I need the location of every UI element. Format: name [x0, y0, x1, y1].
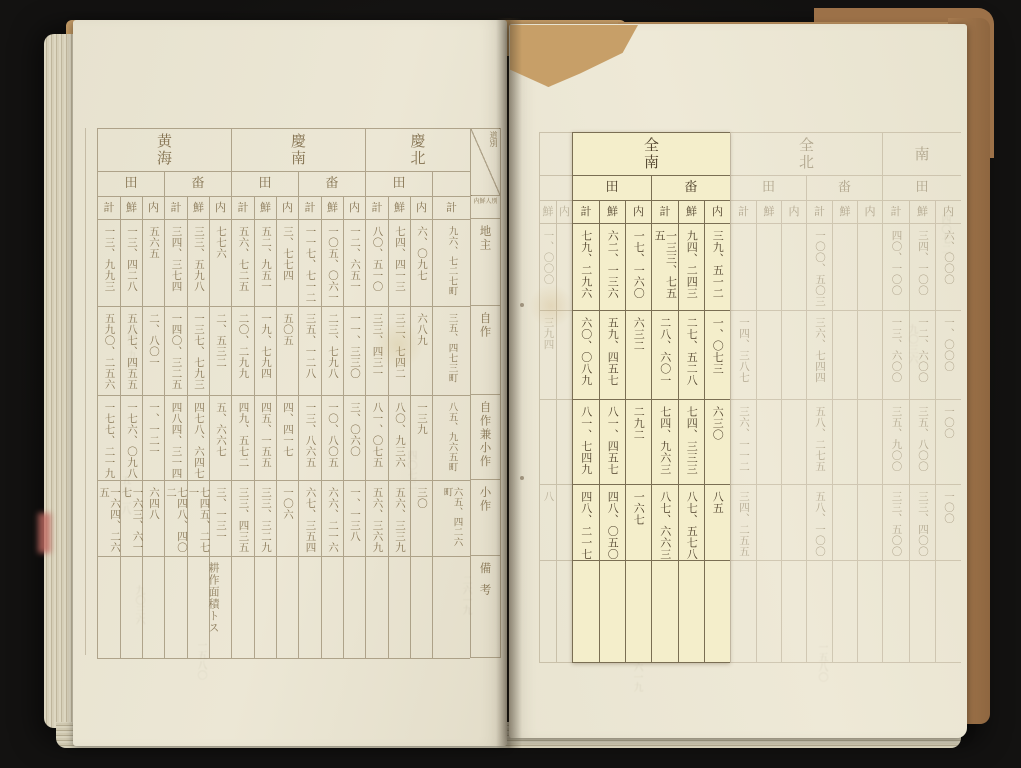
table-column: 計三四、三七四一四〇、三二五四八四、三一四七四八、四〇二	[165, 197, 187, 659]
cell-value: 六五、四二六町	[442, 487, 462, 556]
cell-value: 一六七	[633, 491, 645, 560]
land-label: 田	[366, 172, 432, 197]
cell-value: 六四八	[148, 487, 159, 556]
remark-cell	[757, 561, 781, 663]
cell-value: 二八、六〇一	[659, 317, 671, 399]
data-cell: 三九、五一二	[705, 224, 730, 311]
data-cell: 一三七、七九三	[188, 307, 209, 396]
data-cell: 八〇、五一〇	[366, 220, 388, 307]
data-cell: 一〇〇	[936, 400, 961, 485]
table-column: 内一二、六五一一一、三三〇三、〇六〇一、一三八	[343, 197, 365, 659]
cell-value: 三四、二五五	[738, 491, 749, 560]
bleed-through-text: 一五八〇	[193, 640, 208, 680]
province-name: 全南	[641, 137, 662, 171]
land-groups: 田計一四、三八七三六、一一二三四、二五五鮮内畓計一〇〇、五〇三三六、七四四五八、…	[731, 176, 882, 663]
data-cell: 一七七、二一九	[98, 396, 120, 481]
cell-value: 三、一三一	[215, 487, 226, 556]
cell-value: 八七、六六三	[659, 491, 671, 560]
left-page: 黄海田計一三、九九三五九〇、二五六一七七、二一九一六四、二六五鮮一三、四二八五八…	[73, 20, 507, 746]
cell-value: 七四、九六三	[659, 406, 671, 484]
cell-value: 一四、三八七	[738, 317, 749, 399]
subcol-header: 内	[858, 201, 882, 224]
cell-value: 一〇六	[282, 487, 293, 556]
remark-cell	[731, 561, 756, 663]
cell-value: 三三、五〇〇	[890, 491, 901, 560]
ledger-table-left: 黄海田計一三、九九三五九〇、二五六一七七、二一九一六四、二六五鮮一三、四二八五八…	[97, 128, 501, 659]
remark-cell	[232, 557, 254, 659]
data-cell: 三三、五九八	[188, 220, 209, 307]
cell-value: 三、〇六〇	[349, 402, 360, 480]
land-group: 畓計一〇〇、五〇三三六、七四四五八、二七五五八、一〇〇鮮内	[806, 176, 882, 663]
cell-value: 一、一三八	[349, 487, 360, 556]
cell-value: 一九、七九四	[260, 313, 271, 395]
data-cell: 三三、四〇〇	[910, 485, 935, 561]
data-cell	[540, 400, 556, 485]
data-cell: 三五、九〇〇	[883, 400, 909, 485]
data-cell: 一、〇〇〇	[540, 224, 556, 311]
cell-value: 一〇、八〇五	[327, 402, 338, 480]
data-cell: 一三、八六五	[299, 396, 321, 481]
subcol-header: 計	[883, 201, 909, 224]
table-column: 内一七、一六〇六三二二九二一六七	[625, 201, 651, 663]
data-cell	[858, 485, 882, 561]
data-cell: 五九〇、二五六	[98, 307, 120, 396]
data-cell: 七四、九六三	[652, 400, 678, 485]
remark-cell	[277, 557, 298, 659]
cell-value: 八一、〇七五	[371, 402, 382, 480]
data-cell: 三五、一二八	[299, 307, 321, 396]
subcol-header: 鮮	[757, 201, 781, 224]
remark-cell	[557, 561, 572, 663]
data-cell	[731, 224, 756, 311]
data-cell: 五八、二七五	[807, 400, 832, 485]
data-cell: 三四、二五五	[731, 485, 756, 561]
data-cell: 二七、五二八	[679, 311, 704, 400]
cell-value: 四八四、三一四	[170, 402, 181, 480]
remark-cell	[573, 561, 599, 663]
data-cell: 一、一二一	[143, 396, 164, 481]
remark-cell	[411, 557, 432, 659]
table-column: 計一四、三八七三六、一一二三四、二五五	[731, 201, 756, 663]
data-cell: 三三、三二九	[255, 481, 276, 557]
data-cell: 二〇、二九九	[232, 307, 254, 396]
data-cell: 三六、一一二	[731, 400, 756, 485]
data-cell: 一一、三三〇	[344, 307, 365, 396]
table-column: 計四〇、一〇〇一三、六〇〇三五、九〇〇三三、五〇〇	[883, 201, 909, 663]
cell-value: 二〇、二九九	[237, 313, 248, 395]
land-label: 田	[573, 176, 651, 201]
data-cell: 一一七、七一二	[299, 220, 321, 307]
data-cell: 六〇、〇八九	[573, 311, 599, 400]
data-cell: 一、〇〇〇	[936, 311, 961, 400]
province-label: 南	[883, 132, 961, 176]
land-columns: 計四〇、一〇〇一三、六〇〇三五、九〇〇三三、五〇〇鮮三四、一〇〇一二、六〇〇三五…	[883, 201, 961, 663]
subcol-header: 計	[573, 201, 599, 224]
table-column: 計一一七、七一二三五、一二八一三、八六五六七、三五四	[299, 197, 321, 659]
cell-value: 三三、三二九	[260, 487, 271, 556]
table-column: 内	[781, 201, 806, 663]
province-label: 慶北	[366, 128, 470, 172]
land-label: 田	[883, 176, 961, 201]
data-cell: 六、〇九七	[411, 220, 432, 307]
cell-value: 五八、二七五	[814, 406, 825, 484]
data-cell: 八五、九六五町	[433, 396, 470, 481]
faint-province-group: 全北田計一四、三八七三六、一一二三四、二五五鮮内畓計一〇〇、五〇三三六、七四四五…	[730, 132, 882, 663]
data-cell: 一七六、〇九八	[121, 396, 142, 481]
data-cell: 六八九	[411, 307, 432, 396]
remark-cell	[98, 557, 120, 659]
remark-cell	[255, 557, 276, 659]
data-cell: 六三二	[626, 311, 651, 400]
cell-value: 五二、九五一	[260, 226, 271, 306]
data-cell: 二三、七九八	[322, 307, 343, 396]
data-cell: 七四八、四〇二	[165, 481, 187, 557]
cell-value: 七四八、四〇二	[165, 487, 187, 556]
data-cell: 四五、一五五	[255, 396, 276, 481]
data-cell: 三六、七四四	[807, 311, 832, 400]
margin-rule-left	[85, 128, 86, 655]
cell-value: 三二、七四二	[394, 313, 405, 395]
table-column: 内三九、五一二一、〇七三六三〇八五	[704, 201, 730, 663]
cell-value: 一、〇〇〇	[943, 317, 954, 399]
cell-value: 八〇、五一〇	[371, 226, 382, 306]
subcol-header: 内	[782, 201, 806, 224]
subcol-header: 計	[232, 197, 254, 220]
subcol-header: 計	[299, 197, 321, 220]
remark-cell	[389, 557, 410, 659]
cell-value: 二、八〇一	[148, 313, 159, 395]
data-cell: 二九二	[626, 400, 651, 485]
cell-value: 四八、二一七	[580, 491, 592, 560]
data-cell: 七四、三三三	[679, 400, 704, 485]
bleed-through-text: 四〇七二	[403, 450, 418, 490]
cell-value: 三五、一二八	[304, 313, 315, 395]
table-column: 内六、〇〇〇一、〇〇〇一〇〇一〇〇	[935, 201, 961, 663]
cell-value: 一〇五、〇六一	[327, 226, 338, 306]
remark-cell	[600, 561, 625, 663]
land-label: 畓	[652, 176, 730, 201]
table-column: 計一三三、七五五二八、六〇一七四、九六三八七、六六三	[652, 201, 678, 663]
remark-cell	[833, 561, 857, 663]
cell-value: 六〇、〇八九	[580, 317, 592, 399]
row-label-text: 自作兼小作	[479, 401, 491, 479]
remark-cell	[936, 561, 961, 663]
cell-value: 六三〇	[712, 406, 724, 484]
remark-cell	[322, 557, 343, 659]
bleed-through-text: 五七二八	[117, 475, 132, 515]
data-cell: 一〇〇、五〇三	[807, 224, 832, 311]
cell-value: 二、五三二	[215, 313, 226, 395]
cell-value: 七四五、二七一	[187, 487, 209, 556]
cell-value: 七九、二九六	[580, 230, 592, 310]
cell-value: 一七七、二一九	[103, 402, 114, 480]
data-cell: 八一、四五七	[600, 400, 625, 485]
data-cell: 五九、四五七	[600, 311, 625, 400]
cell-value: 九四、二四三	[686, 230, 698, 310]
data-cell: 八	[540, 485, 556, 561]
cell-value: 三九、五一二	[712, 230, 724, 310]
data-cell: 一、一三八	[344, 481, 365, 557]
cell-value: 三三、五九八	[193, 226, 204, 306]
subcol-header: 計	[98, 197, 120, 220]
cell-value: 三三、四三五	[237, 487, 248, 556]
table-column: 鮮	[832, 201, 857, 663]
data-cell: 八一、〇七五	[366, 396, 388, 481]
data-cell: 一三、四二八	[121, 220, 142, 307]
data-cell	[833, 485, 857, 561]
cell-value: 四〇、一〇〇	[890, 230, 901, 310]
pasted-slip-group: 全南田計七九、二九六六〇、〇八九八一、七四九四八、二一七鮮六二、一三六五九、四五…	[572, 132, 730, 663]
cell-value: 五〇五	[282, 313, 293, 395]
data-cell: 二八、六〇一	[652, 311, 678, 400]
row-label-text: 備考	[479, 562, 491, 657]
subcol-header: 計	[165, 197, 187, 220]
faint-province-group: 南田計四〇、一〇〇一三、六〇〇三五、九〇〇三三、五〇〇鮮三四、一〇〇一二、六〇〇…	[882, 132, 961, 663]
data-cell	[557, 311, 572, 400]
province-group: 慶北田計八〇、五一〇三三、四三一八一、〇七五五六、三六九鮮七四、四一三三二、七四…	[365, 128, 470, 659]
cell-value: 四、四一七	[282, 402, 293, 480]
remark-cell	[366, 557, 388, 659]
cell-value: 八七、五七八	[686, 491, 698, 560]
table-column: 鮮一、〇〇〇三九四八	[540, 201, 556, 663]
data-cell: 四九、五七二	[232, 396, 254, 481]
remark-cell	[705, 561, 730, 663]
data-cell: 五六五	[143, 220, 164, 307]
province-label: 全北	[731, 132, 882, 176]
cell-value: 五、六六七	[215, 402, 226, 480]
bleed-through-text: 九〇三六	[904, 324, 919, 364]
cell-value: 一、〇七三	[712, 317, 724, 399]
data-cell: 七四五、二七一	[188, 481, 209, 557]
cell-value: 五九〇、二五六	[103, 313, 114, 395]
data-cell: 一〇六	[277, 481, 298, 557]
book-gutter-shadow	[496, 18, 522, 748]
cell-value: 一三七、七九三	[193, 313, 204, 395]
data-cell	[757, 400, 781, 485]
subcol-header: 鮮	[188, 197, 209, 220]
land-label: 畓	[299, 172, 365, 197]
table-column: 鮮五二、九五一一九、七九四四五、一五五三三、三二九	[254, 197, 276, 659]
cell-value: 五六、三六九	[371, 487, 382, 556]
data-cell	[858, 400, 882, 485]
data-cell: 三四、一〇〇	[910, 224, 935, 311]
data-cell: 一九、七九四	[255, 307, 276, 396]
data-cell: 三九四	[540, 311, 556, 400]
land-group: 畓計一一七、七一二三五、一二八一三、八六五六七、三五四鮮一〇五、〇六一二三、七九…	[298, 172, 365, 659]
data-cell: 五六、三六九	[366, 481, 388, 557]
data-cell: 五、六六七	[210, 396, 231, 481]
cell-value: 一三、八六五	[304, 402, 315, 480]
data-cell: 六七、三五四	[299, 481, 321, 557]
gutter-partial-group: 鮮一、〇〇〇三九四八内	[539, 132, 572, 663]
table-column: 計五六、七二五二〇、二九九四九、五七二三三、四三五	[232, 197, 254, 659]
data-cell: 一三三、七五五	[652, 224, 678, 311]
cell-value: 二九二	[633, 406, 645, 484]
cell-value: 八一、四五七	[607, 406, 619, 484]
cell-value: 六八九	[416, 313, 427, 395]
province-name: 慶北	[408, 133, 429, 167]
data-cell: 九六、七二七町	[433, 220, 470, 307]
data-cell: 三三、五〇〇	[883, 485, 909, 561]
row-label-text: 地主	[479, 225, 491, 305]
cell-value: 三九四	[542, 317, 553, 399]
data-cell	[557, 400, 572, 485]
data-cell: 三、七七四	[277, 220, 298, 307]
land-group: 畓計一三三、七五五二八、六〇一七四、九六三八七、六六三鮮九四、二四三二七、五二八…	[651, 176, 730, 663]
remark-note: 耕作面積トス	[205, 562, 221, 634]
data-cell: 一四、三八七	[731, 311, 756, 400]
land-label-empty	[433, 172, 470, 197]
subcol-header: 内	[705, 201, 730, 224]
cell-value: 一〇〇、五〇三	[814, 230, 825, 310]
data-cell: 四八、二一七	[573, 485, 599, 561]
data-cell	[782, 485, 806, 561]
data-cell	[833, 311, 857, 400]
land-groups: 田計七九、二九六六〇、〇八九八一、七四九四八、二一七鮮六二、一三六五九、四五七八…	[573, 176, 730, 663]
cell-value: 一四〇、三二五	[170, 313, 181, 395]
cell-value: 一、〇〇〇	[542, 230, 553, 310]
land-label	[540, 176, 572, 201]
province-label: 慶南	[232, 128, 365, 172]
cell-value: 四七八、六四七	[193, 402, 204, 480]
data-cell: 四八四、三一四	[165, 396, 187, 481]
data-cell: 一、〇七三	[705, 311, 730, 400]
subcol-header: 鮮	[121, 197, 142, 220]
data-cell: 一七、一六〇	[626, 224, 651, 311]
data-cell: 七九、二九六	[573, 224, 599, 311]
subcol-header: 計	[652, 201, 678, 224]
cell-value: 四八、〇五〇	[607, 491, 619, 560]
cell-value: 九六、七二七町	[447, 226, 457, 306]
data-cell	[858, 224, 882, 311]
land-label: 畓	[165, 172, 231, 197]
cell-value: 六七、三五四	[304, 487, 315, 556]
land-columns: 計八〇、五一〇三三、四三一八一、〇七五五六、三六九鮮七四、四一三三二、七四二八〇…	[366, 197, 432, 659]
cell-value: 五六、七二五	[237, 226, 248, 306]
data-cell	[757, 311, 781, 400]
land-label: 畓	[807, 176, 882, 201]
cell-value: 三六、七四四	[814, 317, 825, 399]
land-columns: 計一四、三八七三六、一一二三四、二五五鮮内	[731, 201, 806, 663]
data-cell: 三〇	[411, 481, 432, 557]
remark-cell	[858, 561, 882, 663]
photo-background: 黄海田計一三、九九三五九〇、二五六一七七、二一九一六四、二六五鮮一三、四二八五八…	[0, 0, 1021, 768]
subcol-header: 計	[433, 197, 470, 220]
remark-cell	[626, 561, 651, 663]
province-name: 黄海	[154, 133, 175, 167]
data-cell: 八一、七四九	[573, 400, 599, 485]
binding-dot	[520, 476, 524, 480]
remark-cell	[299, 557, 321, 659]
cell-value: 一三、四二八	[126, 226, 137, 306]
data-cell: 一六七	[626, 485, 651, 561]
subcol-header: 内	[143, 197, 164, 220]
land-group: 田計七九、二九六六〇、〇八九八一、七四九四八、二一七鮮六二、一三六五九、四五七八…	[573, 176, 651, 663]
data-cell: 三、〇六〇	[344, 396, 365, 481]
data-cell	[858, 311, 882, 400]
table-column: 計八〇、五一〇三三、四三一八一、〇七五五六、三六九	[366, 197, 388, 659]
data-cell: 六二、一三六	[600, 224, 625, 311]
data-cell: 一〇、八〇五	[322, 396, 343, 481]
province-label: 黄海	[98, 128, 231, 172]
cell-value: 三三、四三一	[371, 313, 382, 395]
bleed-through-text: 一五八〇	[814, 642, 829, 682]
land-columns: 計一〇〇、五〇三三六、七四四五八、二七五五八、一〇〇鮮内	[807, 201, 882, 663]
subcol-header: 鮮	[389, 197, 410, 220]
land-label: 田	[232, 172, 298, 197]
data-cell	[557, 485, 572, 561]
data-cell: 七七六	[210, 220, 231, 307]
data-cell: 三四、三七四	[165, 220, 187, 307]
data-cell: 三五、八〇〇	[910, 400, 935, 485]
cell-value: 六二、一三六	[607, 230, 619, 310]
subcol-header: 鮮	[322, 197, 343, 220]
binding-dot	[520, 303, 524, 307]
land-columns: 計一三三、七五五二八、六〇一七四、九六三八七、六六三鮮九四、二四三二七、五二八七…	[652, 201, 730, 663]
land-label: 田	[731, 176, 806, 201]
cell-value: 六六、二一六	[327, 487, 338, 556]
data-cell	[782, 224, 806, 311]
data-cell: 三五、四七三町	[433, 307, 470, 396]
data-cell: 四、四一七	[277, 396, 298, 481]
cell-value: 一三、九九三	[103, 226, 114, 306]
cell-value: 八五、九六五町	[447, 402, 457, 480]
cell-value: 八一、七四九	[580, 406, 592, 484]
land-group: 鮮一、〇〇〇三九四八内	[540, 176, 572, 663]
subcol-header: 内	[344, 197, 365, 220]
data-cell: 八七、五七八	[679, 485, 704, 561]
data-cell	[833, 224, 857, 311]
land-label: 田	[98, 172, 164, 197]
land-columns: 計五六、七二五二〇、二九九四九、五七二三三、四三五鮮五二、九五一一九、七九四四五…	[232, 197, 298, 659]
remark-cell	[143, 557, 164, 659]
data-cell: 二、五三二	[210, 307, 231, 396]
remark-cell	[782, 561, 806, 663]
province-label: 全南	[573, 132, 730, 176]
cell-value: 一七、一六〇	[633, 230, 645, 310]
data-cell: 五六、七二五	[232, 220, 254, 307]
data-cell: 三二、七四二	[389, 307, 410, 396]
subcol-header: 計	[366, 197, 388, 220]
ledger-book: 黄海田計一三、九九三五九〇、二五六一七七、二一九一六四、二六五鮮一三、四二八五八…	[28, 8, 990, 760]
cell-value: 一一七、七一二	[304, 226, 315, 306]
table-column: 鮮	[756, 201, 781, 663]
data-cell: 四〇、一〇〇	[883, 224, 909, 311]
land-groups: 田計八〇、五一〇三三、四三一八一、〇七五五六、三六九鮮七四、四一三三二、七四二八…	[366, 172, 470, 659]
land-groups: 鮮一、〇〇〇三九四八内	[540, 176, 572, 663]
data-cell: 一〇五、〇六一	[322, 220, 343, 307]
land-group: 田計八〇、五一〇三三、四三一八一、〇七五五六、三六九鮮七四、四一三三二、七四二八…	[366, 172, 432, 659]
row-label-text: 小作	[479, 486, 491, 555]
cell-value: 六、〇九七	[416, 226, 427, 306]
remark-cell	[883, 561, 909, 663]
land-columns: 計一一七、七一二三五、一二八一三、八六五六七、三五四鮮一〇五、〇六一二三、七九八…	[299, 197, 365, 659]
land-groups: 田計五六、七二五二〇、二九九四九、五七二三三、四三五鮮五二、九五一一九、七九四四…	[232, 172, 365, 659]
cell-value: 七四、三三三	[686, 406, 698, 484]
cell-value: 三、七七四	[282, 226, 293, 306]
subcol-header: 鮮	[679, 201, 704, 224]
right-page: 鮮一、〇〇〇三九四八内全南田計七九、二九六六〇、〇八九八一、七四九四八、二一七鮮…	[509, 24, 967, 738]
data-cell: 六四八	[143, 481, 164, 557]
cell-value: 五六五	[148, 226, 159, 306]
cell-value: 五八、一〇〇	[814, 491, 825, 560]
table-column: 内六、〇九七六八九一三九三〇	[410, 197, 432, 659]
data-cell: 五二、九五一	[255, 220, 276, 307]
province-group: 慶南田計五六、七二五二〇、二九九四九、五七二三三、四三五鮮五二、九五一一九、七九…	[231, 128, 365, 659]
province-name: 南	[912, 146, 933, 163]
data-cell	[757, 485, 781, 561]
cell-value: 五六、三三九	[394, 487, 405, 556]
